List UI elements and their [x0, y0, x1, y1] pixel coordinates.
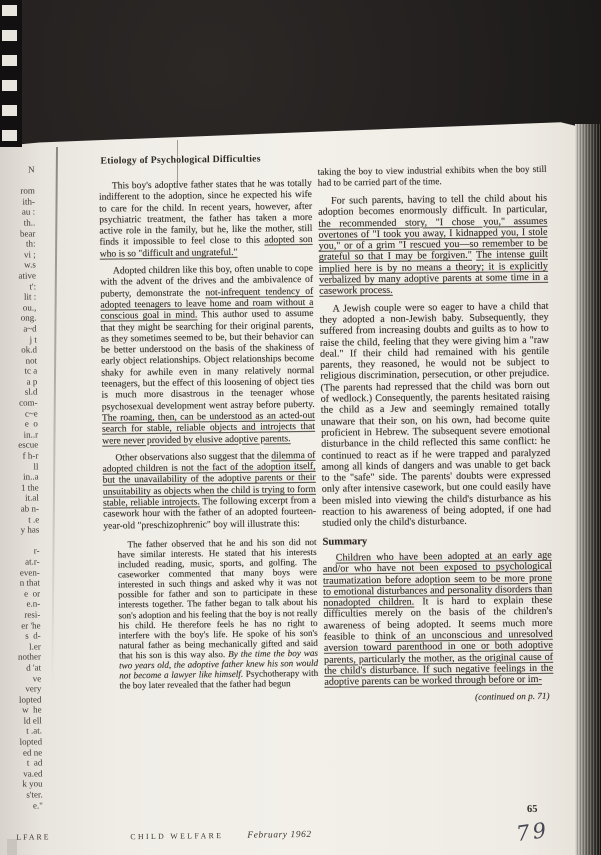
margin-fragment: not — [0, 355, 37, 366]
margin-fragment: at.r- — [2, 556, 40, 567]
case-excerpt: The father observed that he and his son … — [117, 537, 318, 691]
margin-fragment: lopted — [3, 694, 41, 705]
margin-fragment: f h-r — [0, 450, 38, 461]
page-number: 65 — [527, 804, 538, 815]
margin-fragment — [0, 175, 35, 186]
margin-fragment: lopted — [4, 736, 42, 747]
margin-fragment: even- — [2, 567, 40, 578]
margin-fragment: er 'he — [2, 620, 40, 631]
margin-fragment: ou., — [0, 302, 36, 313]
margin-fragment: lit : — [0, 292, 36, 303]
margin-fragment: it.al — [1, 493, 39, 504]
para-summary: Children who have been adopted at an ear… — [323, 550, 554, 689]
margin-fragment: th: — [0, 239, 36, 250]
summary-heading: Summary — [322, 533, 551, 547]
margin-fragment: n that — [2, 578, 40, 589]
margin-fragment: nother — [3, 652, 41, 663]
margin-fragment: ong. — [0, 313, 37, 324]
margin-fragment: d 'at — [3, 662, 41, 673]
margin-fragment: ative — [0, 270, 36, 281]
margin-fragment: sl.d — [0, 387, 38, 398]
para-adopted-children: Adopted children like this boy, often un… — [100, 263, 315, 447]
margin-fragment: escue — [0, 440, 38, 451]
margin-fragment: very — [3, 684, 41, 695]
margin-fragment: l.er — [3, 641, 41, 652]
margin-fragment: y has — [1, 525, 39, 536]
para-for-such-parents: For such parents, having to tell the chi… — [318, 193, 548, 298]
right-column: taking the boy to view industrial exhibi… — [318, 165, 554, 706]
margin-fragment: k you — [5, 779, 43, 790]
margin-fragment: ve — [3, 673, 41, 684]
journal-page-scan: Nromith-au :th..bearth:vi ;w.sativet':li… — [0, 0, 601, 855]
printed-content: Nromith-au :th..bearth:vi ;w.sativet':li… — [0, 0, 601, 855]
margin-fragment: s d- — [3, 631, 41, 642]
margin-fragment: ll — [0, 461, 38, 472]
margin-fragment: vi ; — [0, 249, 36, 260]
running-header: Etiology of Psychological Difficulties — [100, 153, 260, 166]
margin-fragment: a p — [0, 376, 37, 387]
margin-fragment: e or — [2, 588, 40, 599]
margin-fragment: bear — [0, 228, 35, 239]
case-excerpt-continued: taking the boy to view industrial exhibi… — [318, 165, 547, 190]
margin-fragment: in..a — [1, 472, 39, 483]
margin-fragment: e o — [0, 419, 38, 430]
issue-date: February 1962 — [247, 830, 311, 841]
handwritten-page-number: 79 — [515, 818, 551, 846]
para-jewish-couple: A Jewish couple were so eager to have a … — [319, 300, 551, 529]
margin-fragment: rom — [0, 186, 35, 197]
margin-fragment: t ad — [4, 758, 42, 769]
margin-fragment: e.n- — [2, 599, 40, 610]
margin-fragment: r- — [1, 546, 39, 557]
margin-fragment: resi- — [2, 609, 40, 620]
margin-fragment: t .at. — [4, 726, 42, 737]
journal-title: CHILD WELFARE — [130, 831, 223, 841]
left-column: This boy's adoptive father states that h… — [99, 178, 319, 691]
margin-fragment: va.ed — [4, 768, 42, 779]
margin-fragment: ok.d — [0, 345, 37, 356]
margin-fragment: j t — [0, 334, 37, 345]
margin-fragment: tc a — [0, 366, 37, 377]
margin-fragment: com- — [0, 397, 38, 408]
margin-fragment: 1 the — [1, 482, 39, 493]
margin-fragment: w.s — [0, 260, 36, 271]
margin-fragment: th.. — [0, 217, 35, 228]
margin-fragment: s'ter. — [5, 789, 43, 800]
journal-footer: CHILD WELFAREFebruary 1962 — [130, 824, 312, 844]
continued-note: (continued on p. 71) — [324, 691, 549, 705]
para-adoptive-father: This boy's adoptive father states that h… — [99, 178, 313, 260]
margin-fragment: w he — [4, 705, 42, 716]
margin-fragment — [1, 535, 39, 546]
para-other-observations: Other observations also suggest that the… — [102, 450, 316, 532]
facing-page-fragments: Nromith-au :th..bearth:vi ;w.sativet':li… — [0, 164, 45, 814]
margin-fragment: ld ell — [4, 715, 42, 726]
facing-page-footer-fragment: LFARE — [16, 832, 50, 841]
margin-fragment: c~e — [0, 408, 38, 419]
margin-fragment: e." — [5, 800, 43, 811]
margin-fragment: ab n- — [1, 503, 39, 514]
margin-fragment: au : — [0, 207, 35, 218]
margin-fragment: ith- — [0, 196, 35, 207]
margin-fragment: t': — [0, 281, 36, 292]
margin-fragment: a~d — [0, 323, 37, 334]
margin-fragment: ed ne — [4, 747, 42, 758]
margin-fragment: t .e — [1, 514, 39, 525]
margin-fragment: N — [0, 164, 35, 175]
margin-fragment: in..r — [0, 429, 38, 440]
